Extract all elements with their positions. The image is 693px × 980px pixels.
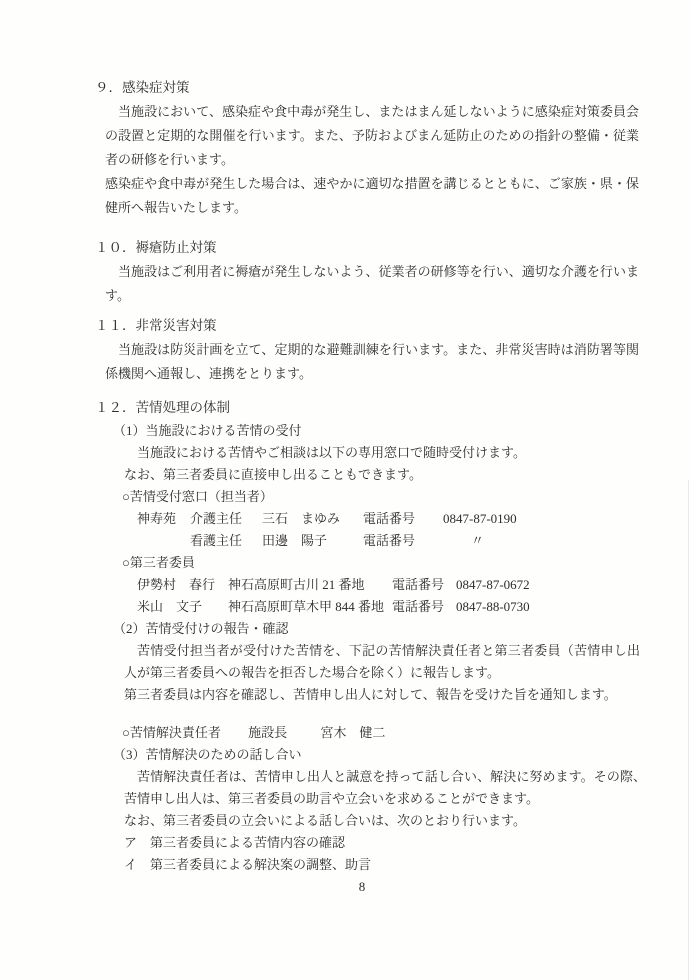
phone-label: 電話番号 <box>392 574 444 596</box>
complaint-resolver-line: ○苦情解決責任者 施設長 宮木 健二 <box>122 722 647 744</box>
section-10-heading: １０．褥瘡防止対策 <box>95 236 647 260</box>
phone-label: 電話番号 <box>363 508 443 530</box>
committee-member-name: 米山 文子 <box>137 596 228 618</box>
section-9-heading: ９．感染症対策 <box>95 76 647 100</box>
section-9-paragraph-1: 当施設において、感染症や食中毒が発生し、またはまん延しないように感染症対策委員会… <box>105 100 639 172</box>
contact-organization: 神寿苑 <box>137 508 190 530</box>
contact-row: 神寿苑 介護主任 三石 まゆみ 電話番号 0847-87-0190 <box>137 508 647 530</box>
subsection-3-paragraph-2: なお、第三者委員の立会いによる話し合いは、次のとおり行います。 <box>124 810 646 832</box>
contact-role: 看護主任 <box>190 530 262 552</box>
third-party-committee-label: ○第三者委員 <box>122 552 647 574</box>
scan-edge-artifact <box>688 480 689 980</box>
contact-role: 介護主任 <box>190 508 262 530</box>
section-9-paragraph-2: 感染症や食中毒が発生した場合は、速やかに適切な措置を講じるとともに、ご家族・県・… <box>105 172 639 220</box>
resolver-label: ○苦情解決責任者 <box>122 725 221 740</box>
section-10-paragraph-1: 当施設はご利用者に褥瘡が発生しないよう、従業者の研修等を行い、適切な介護を行いま… <box>105 260 639 308</box>
phone-number: 0847-87-0190 <box>443 508 517 530</box>
subsection-2-heading: （2）苦情受付けの報告・確認 <box>113 618 647 640</box>
subsection-3-paragraph-1: 苦情解決責任者は、苦情申し出人と誠意を持って話し合い、解決に努めます。その際、苦… <box>124 766 646 810</box>
contact-person-name: 田邊 陽子 <box>262 530 363 552</box>
phone-number: 0847-87-0672 <box>456 574 530 596</box>
subsection-3-heading: （3）苦情解決のための話し合い <box>113 744 647 766</box>
subsection-1-paragraph-2: なお、第三者委員に直接申し出ることもできます。 <box>124 464 640 486</box>
complaint-window-label: ○苦情受付窓口（担当者） <box>122 486 647 508</box>
contact-organization <box>137 530 190 552</box>
document-content: ９．感染症対策 当施設において、感染症や食中毒が発生し、またはまん延しないように… <box>95 76 647 898</box>
committee-member-row: 伊勢村 春行 神石高原町古川 21 番地 電話番号 0847-87-0672 <box>137 574 647 596</box>
contact-person-name: 三石 まゆみ <box>262 508 363 530</box>
subsection-1-heading: （1）当施設における苦情の受付 <box>113 420 647 442</box>
committee-member-name: 伊勢村 春行 <box>137 574 228 596</box>
section-12: １２．苦情処理の体制 （1）当施設における苦情の受付 当施設における苦情やご相談… <box>95 396 647 898</box>
discussion-item-i: イ 第三者委員による解決案の調整、助言 <box>124 854 647 876</box>
section-12-heading: １２．苦情処理の体制 <box>95 396 647 420</box>
subsection-1-paragraph-1: 当施設における苦情やご相談は以下の専用窓口で随時受付けます。 <box>124 442 640 464</box>
phone-label: 電話番号 <box>392 596 444 618</box>
phone-number: 0847-88-0730 <box>456 596 530 618</box>
scanned-document-page: ９．感染症対策 当施設において、感染症や食中毒が発生し、またはまん延しないように… <box>0 0 693 980</box>
committee-member-row: 米山 文子 神石高原町草木甲 844 番地 電話番号 0847-88-0730 <box>137 596 647 618</box>
discussion-item-a: ア 第三者委員による苦情内容の確認 <box>124 832 647 854</box>
section-11-paragraph-1: 当施設は防災計画を立て、定期的な避難訓練を行います。また、非常災害時は消防署等関… <box>105 338 639 386</box>
contact-row: 看護主任 田邊 陽子 電話番号 〃 <box>137 530 647 552</box>
subsection-2-paragraph-1: 苦情受付担当者が受付けた苦情を、下記の苦情解決責任者と第三者委員（苦情申し出人が… <box>124 640 640 684</box>
committee-member-address: 神石高原町草木甲 844 番地 <box>228 596 392 618</box>
resolver-title: 施設長 <box>248 725 287 740</box>
phone-label: 電話番号 <box>363 530 443 552</box>
page-number: 8 <box>95 876 629 898</box>
section-11-heading: １１．非常災害対策 <box>95 314 647 338</box>
committee-member-address: 神石高原町古川 21 番地 <box>228 574 392 596</box>
subsection-2-paragraph-2: 第三者委員は内容を確認し、苦情申し出人に対して、報告を受けた旨を通知します。 <box>124 684 640 706</box>
phone-number-ditto: 〃 <box>443 530 484 552</box>
resolver-name: 宮木 健二 <box>320 725 385 740</box>
